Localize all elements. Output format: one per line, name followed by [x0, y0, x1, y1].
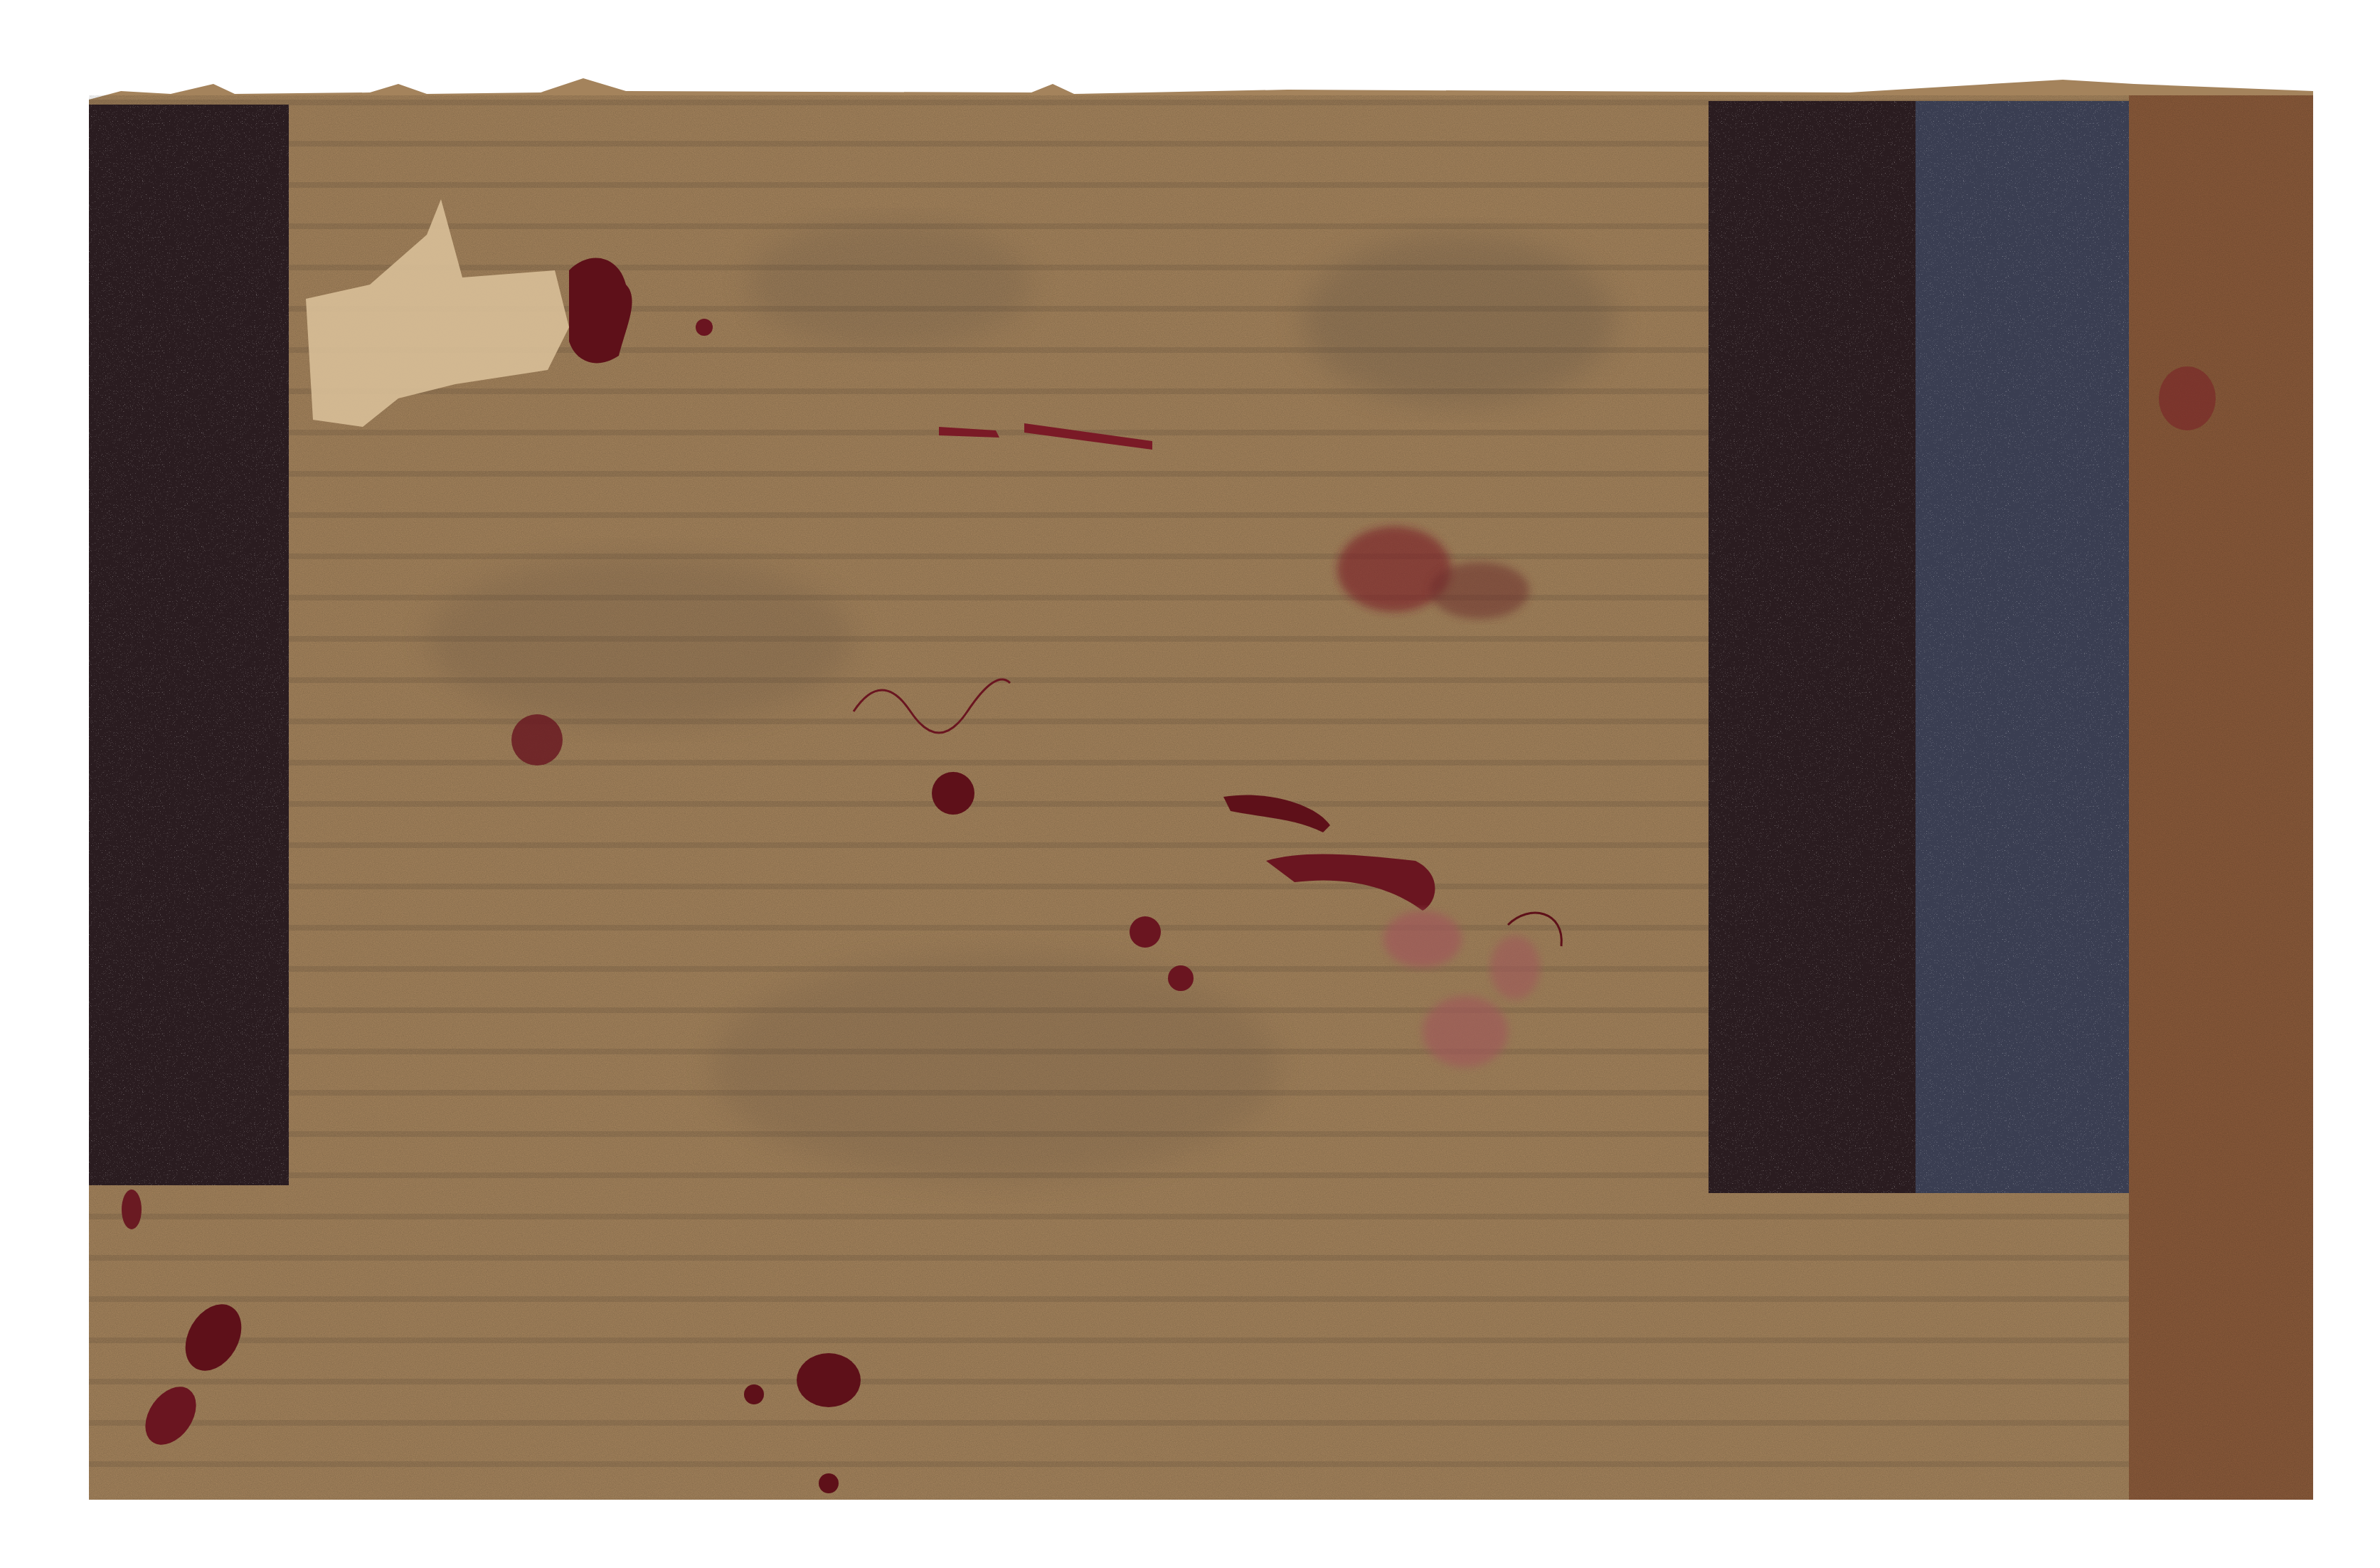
glitter-panel-right-maroon: [1709, 101, 1916, 1193]
artwork-canvas: [0, 0, 2380, 1568]
glitter-panel-left: [89, 105, 289, 1185]
glitter-panel-right-slate: [1916, 101, 2129, 1193]
brown-strip-right: [2129, 95, 2313, 1500]
